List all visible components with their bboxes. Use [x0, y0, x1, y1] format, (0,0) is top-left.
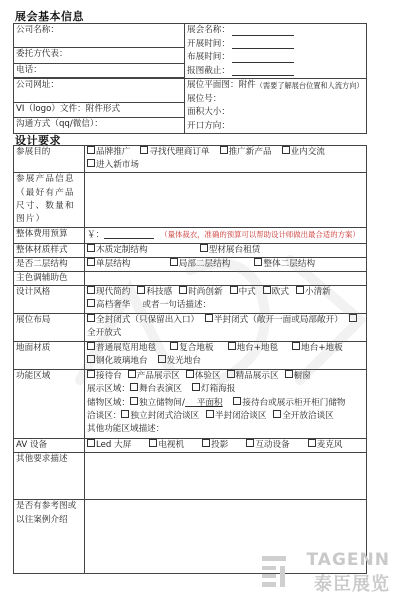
checkbox-icon[interactable] [87, 439, 95, 447]
table-row: 参展产品信息（最好有产品尺寸、数量和图片） [14, 173, 367, 228]
checkbox-icon[interactable] [230, 286, 238, 294]
vi-logo-label: VI（logo）文件：附件形式 [16, 104, 120, 114]
table-row: 参展目的 品牌推广 寻找代理商订单 推广新产品 业内交流 进入新市场 [14, 146, 367, 173]
checkbox-icon[interactable] [186, 370, 194, 378]
checkbox-icon[interactable] [121, 410, 129, 418]
option-label: 体验区 [195, 371, 221, 381]
option-label: 时尚创新 [188, 287, 222, 297]
option-label: 木质定制结构 [96, 245, 148, 255]
checkbox-chinese[interactable]: 中式 [230, 286, 256, 299]
colors-input[interactable] [85, 272, 367, 286]
option-label: 地台+地毯 [237, 343, 279, 353]
design-requirements-table: 参展目的 品牌推广 寻找代理商订单 推广新产品 业内交流 进入新市场 参展产品信… [13, 145, 367, 574]
option-label: 互动设备 [255, 440, 289, 450]
checkbox-microphone[interactable]: 麦克风 [308, 439, 343, 452]
table-row: 展位布局 全封闭式（只保留出入口） 半封闭式（敞开一面或局部敞开） 全开放式 [14, 314, 367, 342]
option-label: 推广新产品 [229, 147, 272, 157]
option-label: 小清新 [305, 287, 331, 297]
meeting-area-label: 洽谈区： [87, 411, 121, 421]
floor-options: 普通展览用地毯 复合地板 地台+地毯 地台+地板 钢化玻璃地台 发光地台 [85, 342, 367, 370]
checkbox-carpet[interactable]: 普通展览用地毯 [87, 342, 156, 355]
floor-plan-note: （需要了解展台位置和人流方向） [256, 79, 364, 93]
option-label: 接待台或展示柜开柜门储物 [242, 398, 345, 408]
option-label: 地台+地板 [301, 343, 343, 353]
area-label: 面积大小： [187, 106, 230, 120]
checkbox-semi-enclosed[interactable]: 半封闭式（敞开一面或局部敞开） [205, 315, 343, 325]
checkbox-wood-custom[interactable]: 木质定制结构 [87, 244, 197, 257]
budget-cell: ￥：（量体裁衣，准确的预算可以帮助设计师做出最合适的方案） [85, 228, 367, 243]
booth-info-cell: 展位平面图：附件（需要了解展台位置和人流方向） 展位号： 面积大小： 开口方向： [185, 79, 367, 134]
floor-label: 地面材质 [14, 342, 85, 370]
booth-number-field[interactable]: 展位号： [187, 93, 364, 107]
two-floor-label: 是否二层结构 [14, 257, 85, 271]
storage-area-label: 储物区域： [87, 398, 130, 408]
exhibition-name-field[interactable]: 展会名称： [187, 24, 364, 38]
material-options: 木质定制结构 型材展台租赁 [85, 243, 367, 257]
checkbox-icon[interactable] [227, 370, 235, 378]
checkbox-open-meeting[interactable]: 全开放洽谈区 [273, 411, 334, 421]
setup-date-field[interactable]: 布展时间： [187, 51, 364, 65]
table-row: 整体费用预算 ￥：（量体裁衣，准确的预算可以帮助设计师做出最合适的方案） [14, 228, 367, 243]
option-label: 橱窗 [294, 371, 311, 381]
exhibition-name-input[interactable] [232, 26, 294, 36]
storage-area-unit: 平面积 [197, 398, 223, 408]
checkbox-icon[interactable] [296, 286, 304, 294]
checkbox-reception[interactable]: 接待台 [87, 370, 122, 383]
other-function-label[interactable]: 其他功能区域描述： [87, 423, 364, 436]
checkbox-closed-meeting[interactable]: 独立封闭式洽谈区 [121, 411, 199, 421]
client-rep-label: 委托方代表： [16, 49, 68, 59]
budget-label: 整体费用预算 [14, 228, 85, 243]
checkbox-icon[interactable] [87, 146, 95, 154]
option-label: 投影 [211, 440, 228, 450]
option-label: 产品展示区 [137, 371, 180, 381]
option-label: 发光地台 [167, 356, 201, 366]
checkbox-fully-enclosed[interactable]: 全封闭式（只保留出入口） [87, 315, 199, 325]
option-label: 高档奢华 [96, 300, 130, 310]
checkbox-icon[interactable] [273, 410, 281, 418]
contact-method-label: 沟通方式（qq/微信）： [16, 119, 103, 129]
checkbox-tv[interactable]: 电视机 [149, 439, 184, 452]
checkbox-icon[interactable] [149, 439, 157, 447]
option-label: 型材展台租赁 [209, 245, 261, 255]
option-label: 灯箱海报 [201, 384, 235, 394]
checkbox-new-market[interactable]: 进入新市场 [87, 159, 139, 172]
function-label: 功能区域 [14, 370, 85, 439]
checkbox-cabinet-storage[interactable]: 接待台或展示柜开柜门储物 [233, 398, 345, 408]
checkbox-icon[interactable] [206, 410, 214, 418]
option-label: 电视机 [158, 440, 184, 450]
reference-label: 是否有参考图或以往案例介绍 [14, 500, 85, 574]
vi-logo-field[interactable]: VI（logo）文件：附件形式 [14, 102, 185, 117]
checkbox-storage-room[interactable]: 独立储物间/ [130, 398, 185, 408]
option-label: 现代简约 [96, 287, 130, 297]
table-row: 其他要求描述 [14, 453, 367, 500]
checkbox-fresh[interactable]: 小清新 [296, 286, 331, 299]
checkbox-experience[interactable]: 体验区 [186, 370, 221, 383]
checkbox-full-two-floor[interactable]: 整体二层结构 [254, 259, 315, 269]
checkbox-lightbox[interactable]: 灯箱海报 [192, 383, 235, 396]
option-label: 科技感 [146, 287, 172, 297]
table-row: 是否二层结构 单层结构 局部二层结构 整体二层结构 [14, 257, 367, 271]
checkbox-icon[interactable] [87, 314, 95, 322]
option-label: 全开放洽谈区 [282, 411, 334, 421]
function-options: 接待台 产品展示区 体验区 精品展示区 橱窗 展示区域：舞台表演区 灯箱海报 储… [85, 370, 367, 439]
exhibition-name-label: 展会名称： [187, 24, 230, 38]
checkbox-icon[interactable] [158, 355, 166, 363]
checkbox-icon[interactable] [285, 370, 293, 378]
option-label: 全开放式 [87, 328, 121, 338]
checkbox-icon[interactable] [200, 244, 208, 252]
checkbox-luxury[interactable]: 高档奢华 [87, 299, 130, 312]
av-label: AV 设备 [14, 439, 85, 453]
phone-field[interactable]: 电话： [14, 64, 185, 78]
option-label: 业内交流 [291, 147, 325, 157]
open-date-field[interactable]: 开展时间： [187, 38, 364, 52]
checkbox-interactive[interactable]: 互动设备 [246, 439, 289, 452]
option-label: 欧式 [272, 287, 289, 297]
product-info-input[interactable] [85, 173, 367, 228]
checkbox-icon[interactable] [246, 439, 254, 447]
checkbox-icon[interactable] [87, 355, 95, 363]
checkbox-luminous-platform[interactable]: 发光地台 [158, 355, 201, 368]
brand-logo: TAGENN 泰臣展览 [260, 550, 390, 594]
option-label: 独立储物间/ [139, 398, 185, 408]
currency-symbol: ￥： [87, 230, 104, 240]
option-label: 品牌推广 [96, 147, 130, 157]
setup-date-label: 布展时间： [187, 51, 230, 65]
checkbox-modern-simple[interactable]: 现代简约 [87, 286, 130, 299]
checkbox-led-screen[interactable]: Led 大屏 [87, 439, 131, 452]
brand-name-en: TAGENN [307, 550, 390, 570]
checkbox-icon[interactable] [179, 286, 187, 294]
option-label: 独立封闭式洽谈区 [130, 411, 199, 421]
checkbox-icon[interactable] [140, 146, 148, 154]
checkbox-fashion[interactable]: 时尚创新 [179, 286, 222, 299]
table-row: AV 设备 Led 大屏 电视机 投影 互动设备 麦克风 [14, 439, 367, 453]
option-label: 半封闭式（敞开一面或局部敞开） [214, 315, 343, 325]
checkbox-icon[interactable] [254, 258, 262, 266]
option-label: 局部二层结构 [179, 259, 231, 269]
checkbox-semi-meeting[interactable]: 半封闭洽谈区 [206, 411, 267, 421]
checkbox-icon[interactable] [233, 397, 241, 405]
option-label: 精品展示区 [236, 371, 279, 381]
material-label: 整体材质样式 [14, 243, 85, 257]
checkbox-icon[interactable] [87, 299, 95, 307]
checkbox-projector[interactable]: 投影 [202, 439, 228, 452]
floor-plan-line: 展位平面图：附件（需要了解展台位置和人流方向） [187, 79, 364, 93]
display-area-label: 展示区域： [87, 384, 130, 394]
checkbox-tech[interactable]: 科技感 [137, 286, 172, 299]
checkbox-partial-two-floor[interactable]: 局部二层结构 [170, 258, 252, 271]
drawing-deadline-input[interactable] [232, 66, 294, 76]
option-label: 全封闭式（只保留出入口） [96, 315, 199, 325]
other-requirements-input[interactable] [85, 453, 367, 500]
option-label: 整体二层结构 [263, 259, 315, 269]
area-field[interactable]: 面积大小： [187, 106, 364, 120]
checkbox-icon[interactable] [87, 258, 95, 266]
table-row: 地面材质 普通展览用地毯 复合地板 地台+地毯 地台+地板 钢化玻璃地台 发光地… [14, 342, 367, 370]
drawing-deadline-field[interactable]: 报图截止： [187, 65, 364, 79]
checkbox-icon[interactable] [202, 439, 210, 447]
option-label: 单层结构 [96, 259, 130, 269]
floor-plan-label: 展位平面图：附件 [187, 79, 256, 93]
company-name-field[interactable]: 公司名称： [14, 24, 185, 48]
checkbox-icon[interactable] [87, 244, 95, 252]
checkbox-icon[interactable] [228, 342, 236, 350]
checkbox-icon[interactable] [205, 314, 213, 322]
phone-label: 电话： [16, 65, 42, 75]
table-row: 整体材质样式 木质定制结构 型材展台租赁 [14, 243, 367, 257]
option-label: Led 大屏 [96, 440, 131, 450]
budget-input[interactable] [104, 229, 154, 239]
checkbox-icon[interactable] [87, 286, 95, 294]
option-label: 半封闭洽谈区 [215, 411, 267, 421]
basic-info-table: 公司名称： 展会名称： 开展时间： 布展时间： 报图截止： 委托方代表： 电话：… [13, 23, 367, 134]
checkbox-icon[interactable] [263, 286, 271, 294]
open-date-input[interactable] [232, 39, 294, 49]
brand-mark-icon [260, 552, 290, 590]
checkbox-european[interactable]: 欧式 [263, 286, 289, 299]
table-row: 功能区域 接待台 产品展示区 体验区 精品展示区 橱窗 展示区域：舞台表演区 灯… [14, 370, 367, 439]
layout-label: 展位布局 [14, 314, 85, 342]
checkbox-icon[interactable] [220, 146, 228, 154]
checkbox-laminate[interactable]: 复合地板 [170, 342, 213, 355]
drawing-deadline-label: 报图截止： [187, 65, 230, 79]
website-label: 公司网址： [16, 80, 59, 90]
company-name-label: 公司名称： [16, 25, 59, 35]
booth-number-label: 展位号： [187, 93, 221, 107]
brand-name-cn: 泰臣展览 [314, 570, 390, 596]
checkbox-profile-rental[interactable]: 型材展台租赁 [200, 245, 261, 255]
checkbox-icon[interactable] [292, 342, 300, 350]
option-label: 钢化玻璃地台 [96, 356, 148, 366]
colors-label: 主色调辅助色 [14, 272, 85, 286]
av-options: Led 大屏 电视机 投影 互动设备 麦克风 [85, 439, 367, 453]
other-requirements-label: 其他要求描述 [14, 453, 85, 500]
purpose-options: 品牌推广 寻找代理商订单 推广新产品 业内交流 进入新市场 [85, 146, 367, 173]
client-rep-field[interactable]: 委托方代表： [14, 48, 185, 64]
style-description-label[interactable]: 或者一句话描述： [142, 299, 211, 312]
checkbox-icon[interactable] [170, 258, 178, 266]
option-label: 普通展览用地毯 [96, 343, 156, 353]
checkbox-icon[interactable] [128, 370, 136, 378]
checkbox-icon[interactable] [87, 342, 95, 350]
option-label: 中式 [239, 287, 256, 297]
checkbox-agent-orders[interactable]: 寻找代理商订单 [140, 146, 209, 159]
table-row: 设计风格 现代简约 科技感 时尚创新 中式 欧式 小清新 高档奢华 或者一句话描… [14, 286, 367, 314]
checkbox-icon[interactable] [282, 146, 290, 154]
checkbox-icon[interactable] [170, 342, 178, 350]
table-row: 主色调辅助色 [14, 272, 367, 286]
checkbox-icon[interactable] [87, 159, 95, 167]
opening-direction-field[interactable]: 开口方向： [187, 120, 364, 134]
option-label: 接待台 [96, 371, 122, 381]
option-label: 舞台表演区 [139, 384, 182, 394]
checkbox-single-floor[interactable]: 单层结构 [87, 258, 167, 271]
setup-date-input[interactable] [232, 53, 294, 63]
option-label: 寻找代理商订单 [149, 147, 209, 157]
option-label: 进入新市场 [96, 160, 139, 170]
checkbox-icon[interactable] [349, 314, 357, 322]
two-floor-options: 单层结构 局部二层结构 整体二层结构 [85, 257, 367, 271]
website-field[interactable]: 公司网址： [14, 79, 185, 102]
purpose-label: 参展目的 [14, 146, 85, 173]
checkbox-brand-promotion[interactable]: 品牌推广 [87, 146, 130, 159]
checkbox-icon[interactable] [137, 286, 145, 294]
budget-note: （量体裁衣，准确的预算可以帮助设计师做出最合适的方案） [160, 230, 360, 239]
option-label: 麦克风 [317, 440, 343, 450]
checkbox-icon[interactable] [130, 397, 138, 405]
storage-area-input[interactable] [185, 397, 197, 407]
layout-options: 全封闭式（只保留出入口） 半封闭式（敞开一面或局部敞开） 全开放式 [85, 314, 367, 342]
checkbox-icon[interactable] [87, 370, 95, 378]
style-options: 现代简约 科技感 时尚创新 中式 欧式 小清新 高档奢华 或者一句话描述： [85, 286, 367, 314]
checkbox-premium-display[interactable]: 精品展示区 [227, 370, 279, 383]
product-info-label: 参展产品信息（最好有产品尺寸、数量和图片） [14, 173, 85, 228]
checkbox-industry-exchange[interactable]: 业内交流 [282, 146, 325, 159]
exhibition-info-cell: 展会名称： 开展时间： 布展时间： 报图截止： [185, 24, 367, 79]
checkbox-product-display[interactable]: 产品展示区 [128, 370, 180, 383]
opening-direction-label: 开口方向： [187, 120, 230, 134]
checkbox-platform-floorboard[interactable]: 地台+地板 [292, 342, 343, 355]
open-date-label: 开展时间： [187, 38, 230, 52]
checkbox-icon[interactable] [308, 439, 316, 447]
checkbox-icon[interactable] [192, 383, 200, 391]
checkbox-icon[interactable] [130, 383, 138, 391]
option-label: 复合地板 [179, 343, 213, 353]
checkbox-platform-carpet[interactable]: 地台+地毯 [228, 342, 279, 355]
checkbox-stage[interactable]: 舞台表演区 [130, 384, 182, 394]
style-label: 设计风格 [14, 286, 85, 314]
checkbox-showcase[interactable]: 橱窗 [285, 370, 311, 383]
checkbox-new-product[interactable]: 推广新产品 [220, 146, 272, 159]
basic-info-title: 展会基本信息 [15, 8, 84, 24]
checkbox-glass-platform[interactable]: 钢化玻璃地台 [87, 355, 148, 368]
